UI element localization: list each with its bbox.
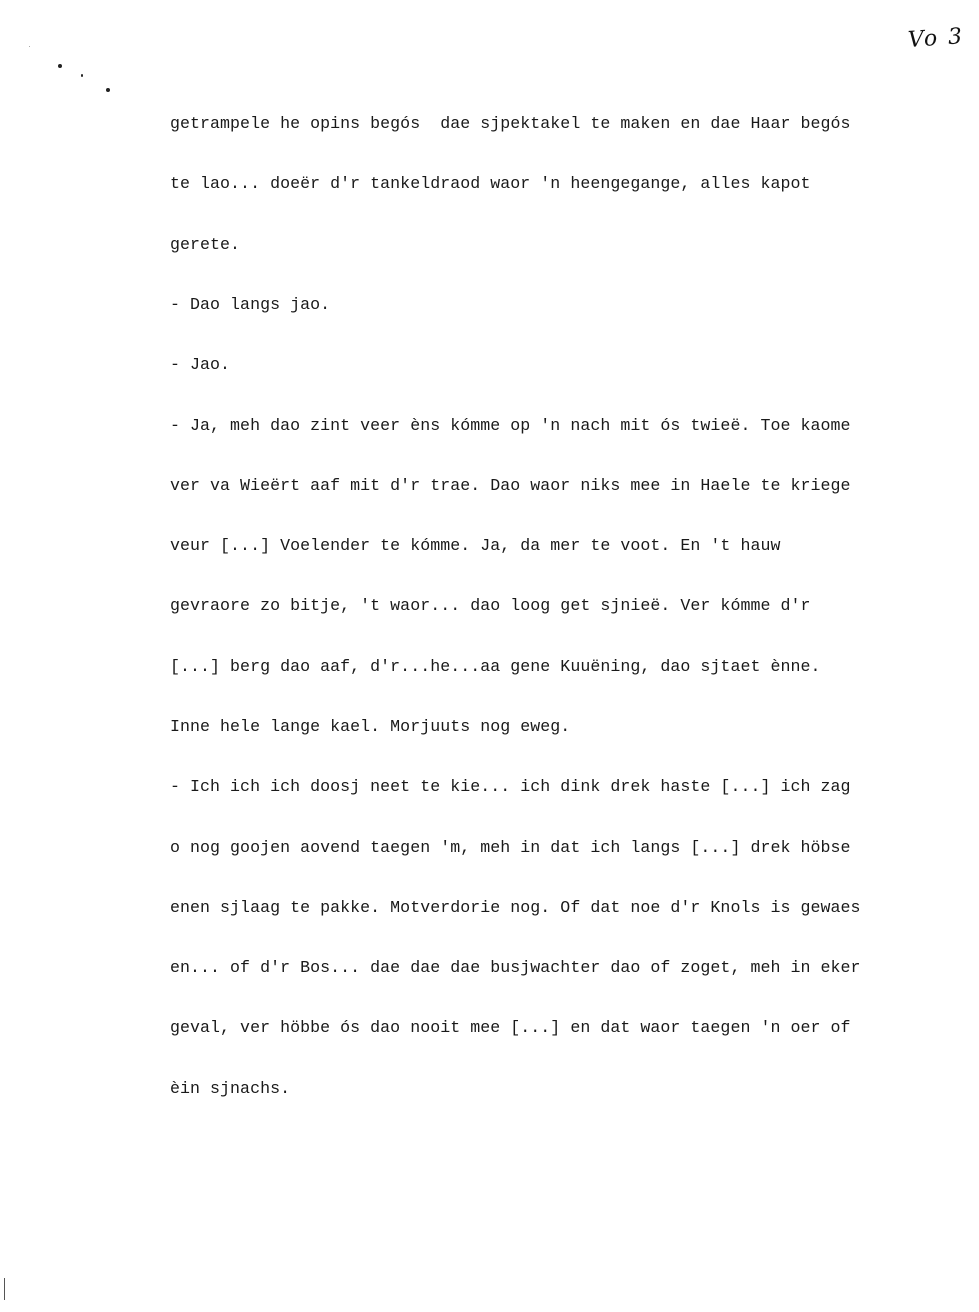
text-line: - Jao. [170, 355, 890, 375]
scan-speck [29, 46, 30, 47]
text-line: geval, ver höbbe ós dao nooit mee [...] … [170, 1018, 890, 1038]
handwritten-page-number: Vo 3 [907, 24, 965, 53]
text-line: gevraore zo bitje, 't waor... dao loog g… [170, 596, 890, 616]
text-line: o nog goojen aovend taegen 'm, meh in da… [170, 838, 890, 858]
scan-speck [106, 88, 110, 92]
scan-speck [58, 64, 62, 68]
text-line: en... of d'r Bos... dae dae dae busjwach… [170, 958, 890, 978]
text-line: ver va Wieërt aaf mit d'r trae. Dao waor… [170, 476, 890, 496]
scan-speck [81, 74, 83, 77]
text-line: [...] berg dao aaf, d'r...he...aa gene K… [170, 657, 890, 677]
text-line: - Ja, meh dao zint veer èns kómme op 'n … [170, 416, 890, 436]
text-line: te lao... doeër d'r tankeldraod waor 'n … [170, 174, 890, 194]
document-page: Vo 3 getrampele he opins begós dae sjpek… [0, 0, 979, 1312]
text-line: èin sjnachs. [170, 1079, 890, 1099]
text-line: Inne hele lange kael. Morjuuts nog eweg. [170, 717, 890, 737]
transcript-text: getrampele he opins begós dae sjpektakel… [170, 74, 890, 1139]
scan-edge-mark [4, 1278, 5, 1300]
text-line: gerete. [170, 235, 890, 255]
text-line: - Ich ich ich doosj neet te kie... ich d… [170, 777, 890, 797]
text-line: - Dao langs jao. [170, 295, 890, 315]
text-line: getrampele he opins begós dae sjpektakel… [170, 114, 890, 134]
text-line: enen sjlaag te pakke. Motverdorie nog. O… [170, 898, 890, 918]
text-line: veur [...] Voelender te kómme. Ja, da me… [170, 536, 890, 556]
